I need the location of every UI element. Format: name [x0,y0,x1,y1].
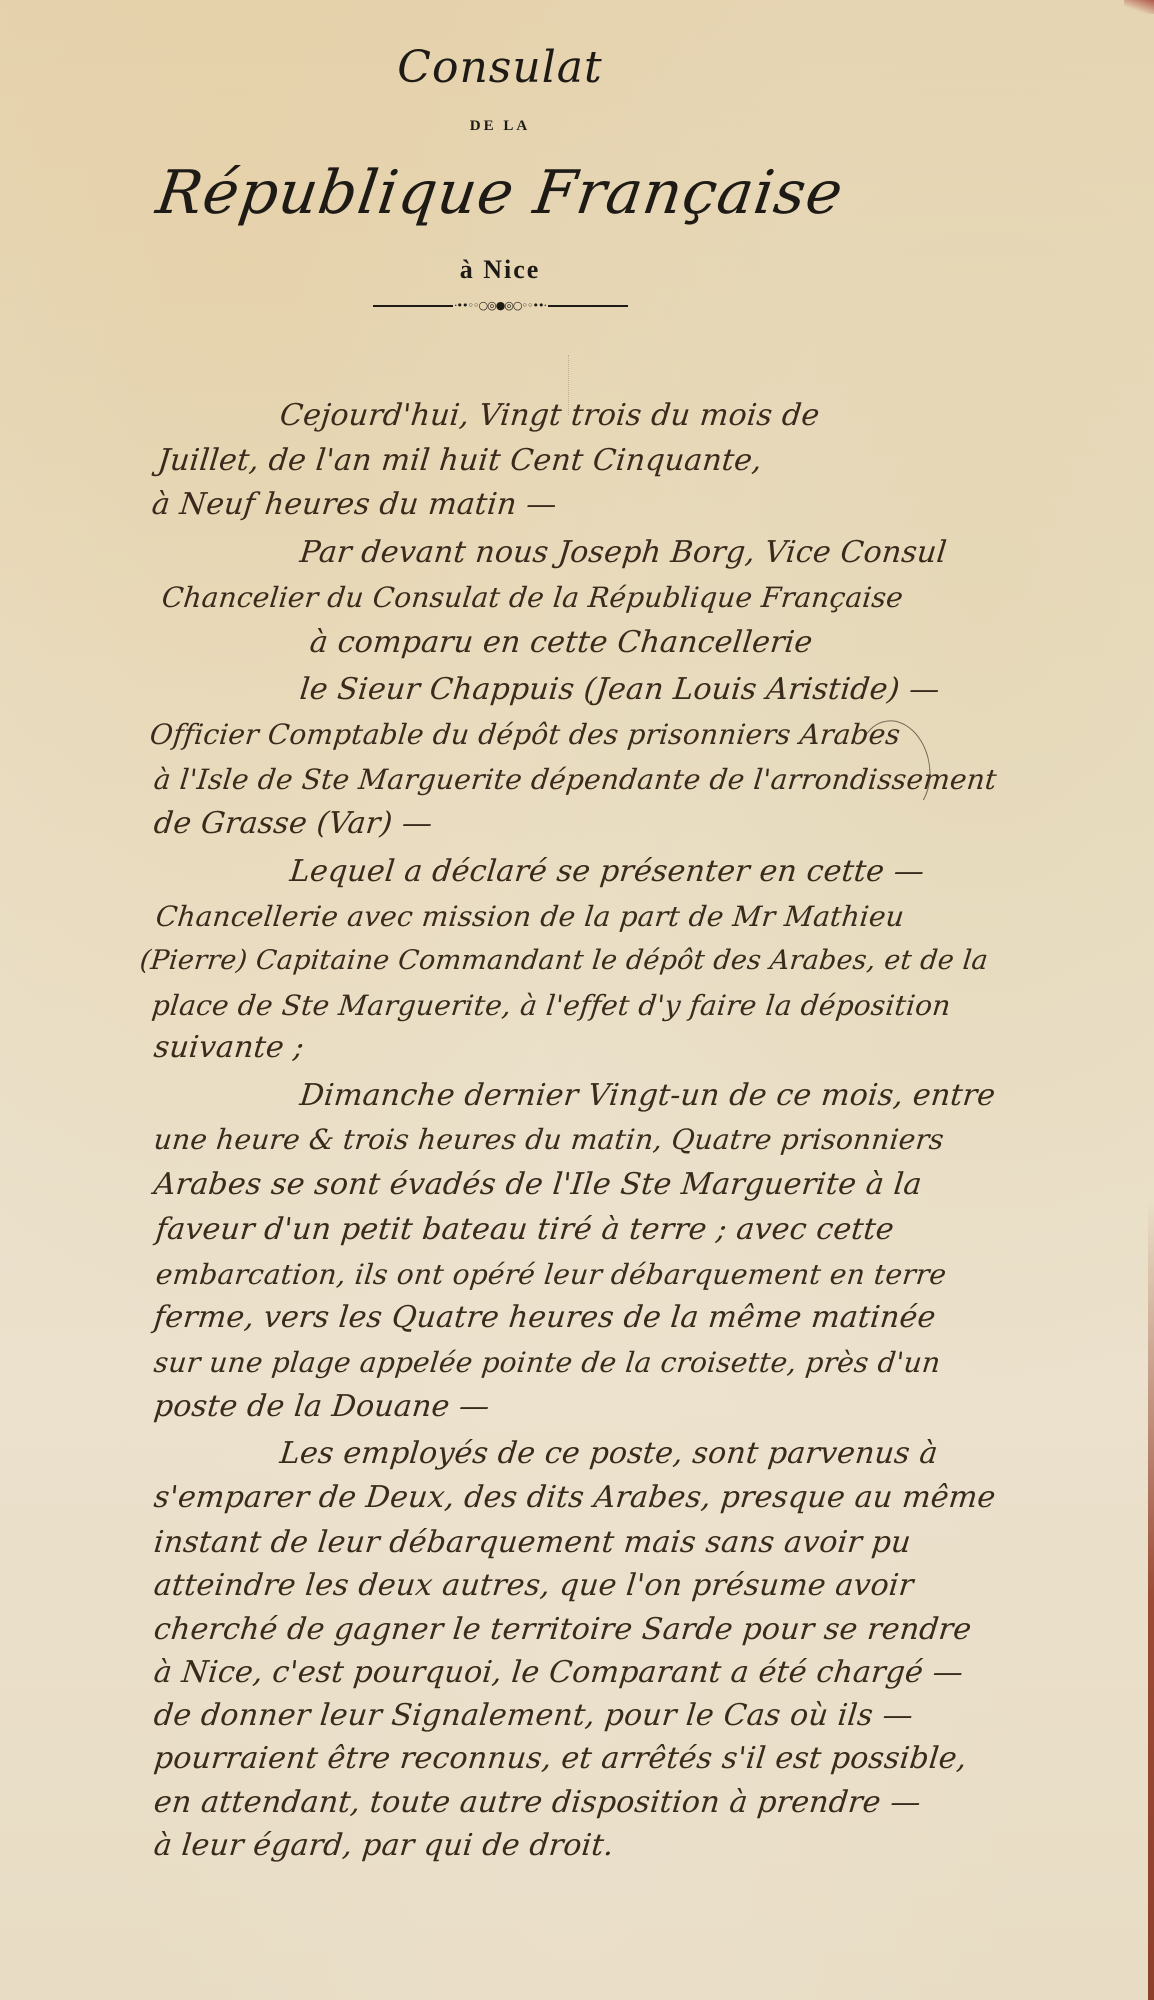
divider-ornament-icon: ·••◦◦○◎●◎○◦◦••· [453,296,548,316]
letterhead: Consulat DE LA République Française à Ni… [150,30,850,311]
page-corner [1124,0,1154,14]
divider-bar-right [548,305,628,307]
document-page: Consulat DE LA République Française à Ni… [0,0,1154,2000]
manuscript-line: suivante ; [151,1017,307,1079]
letterhead-a-nice: à Nice [150,255,850,285]
letterhead-de-la: DE LA [150,118,850,135]
page-edge [1148,0,1154,2000]
manuscript-line: à leur égard, par qui de droit. [151,1815,617,1877]
ornamental-divider: ·••◦◦○◎●◎○◦◦••· [373,301,628,311]
letterhead-consulat: Consulat [150,38,850,98]
letterhead-republique-francaise: République Française [144,153,855,233]
divider-bar-left [373,305,453,307]
